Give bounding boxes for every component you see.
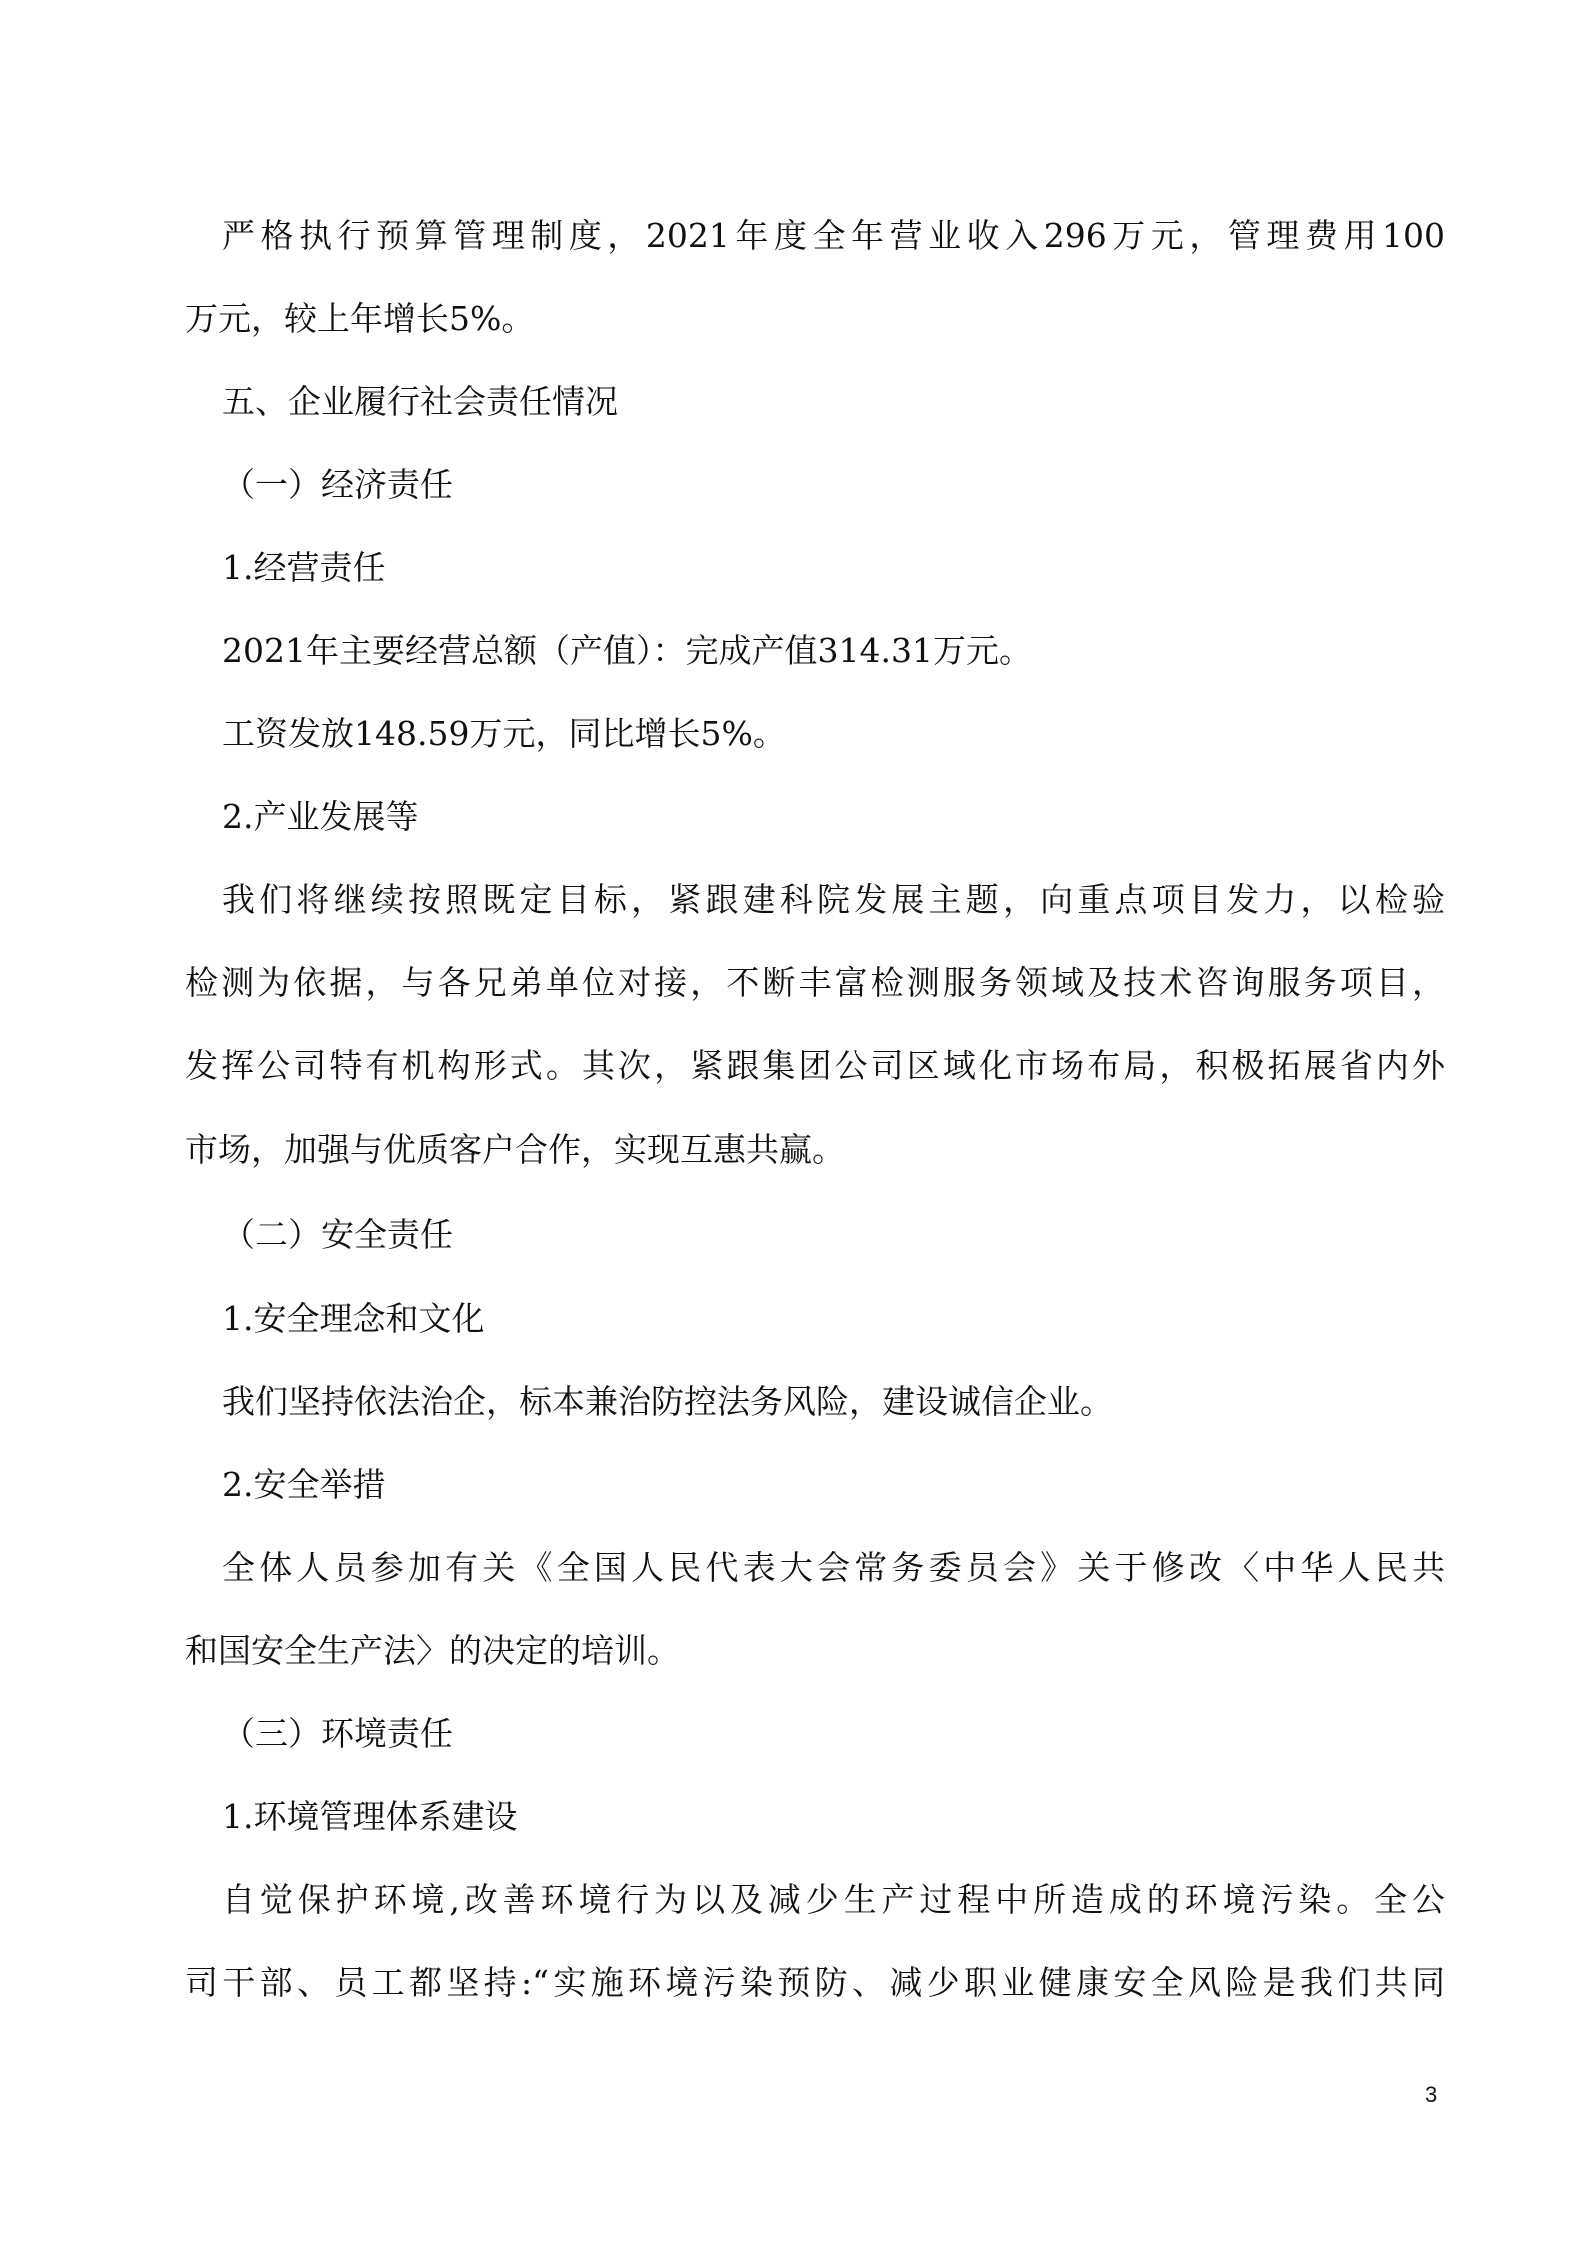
item-heading-safety-culture: 1.安全理念和文化: [222, 1289, 1445, 1349]
item-heading-operations: 1.经营责任: [222, 538, 1445, 598]
subsection-heading-economic: （一）经济责任: [222, 455, 1445, 515]
safety-culture-line: 我们坚持依法治企，标本兼治防控法务风险，建设诚信企业。: [222, 1372, 1445, 1432]
subsection-heading-environment: （三）环境责任: [222, 1704, 1445, 1764]
document-page: 严格执行预算管理制度，2021年度全年营业收入296万元，管理费用100 万元，…: [0, 0, 1587, 2245]
environment-paragraph-line-2: 司干部、员工都坚持:“实施环境污染预防、减少职业健康安全风险是我们共同: [185, 1953, 1445, 2013]
environment-paragraph-line-1: 自觉保护环境,改善环境行为以及减少生产过程中所造成的环境污染。全公: [222, 1870, 1445, 1930]
budget-paragraph-line-1: 严格执行预算管理制度，2021年度全年营业收入296万元，管理费用100: [222, 206, 1445, 266]
item-heading-environment-system: 1.环境管理体系建设: [222, 1787, 1445, 1847]
page-number: 3: [1425, 2080, 1437, 2110]
item-heading-safety-measures: 2.安全举措: [222, 1455, 1445, 1515]
budget-paragraph-line-2: 万元，较上年增长5%。: [185, 289, 1445, 349]
section-heading-social-responsibility: 五、企业履行社会责任情况: [222, 372, 1445, 432]
output-value-line: 2021年主要经营总额（产值）：完成产值314.31万元。: [222, 621, 1445, 681]
development-paragraph-line-2: 检测为依据，与各兄弟单位对接，不断丰富检测服务领域及技术咨询服务项目，: [185, 953, 1445, 1013]
subsection-heading-safety: （二）安全责任: [222, 1205, 1445, 1265]
safety-measures-line-1: 全体人员参加有关《全国人民代表大会常务委员会》关于修改〈中华人民共: [222, 1538, 1445, 1598]
development-paragraph-line-4: 市场，加强与优质客户合作，实现互惠共赢。: [185, 1120, 1445, 1180]
wages-line: 工资发放148.59万元，同比增长5%。: [222, 704, 1445, 764]
development-paragraph-line-3: 发挥公司特有机构形式。其次，紧跟集团公司区域化市场布局，积极拓展省内外: [185, 1036, 1445, 1096]
safety-measures-line-2: 和国安全生产法〉的决定的培训。: [185, 1621, 1445, 1681]
item-heading-industry-development: 2.产业发展等: [222, 787, 1445, 847]
development-paragraph-line-1: 我们将继续按照既定目标，紧跟建科院发展主题，向重点项目发力，以检验: [222, 870, 1445, 930]
